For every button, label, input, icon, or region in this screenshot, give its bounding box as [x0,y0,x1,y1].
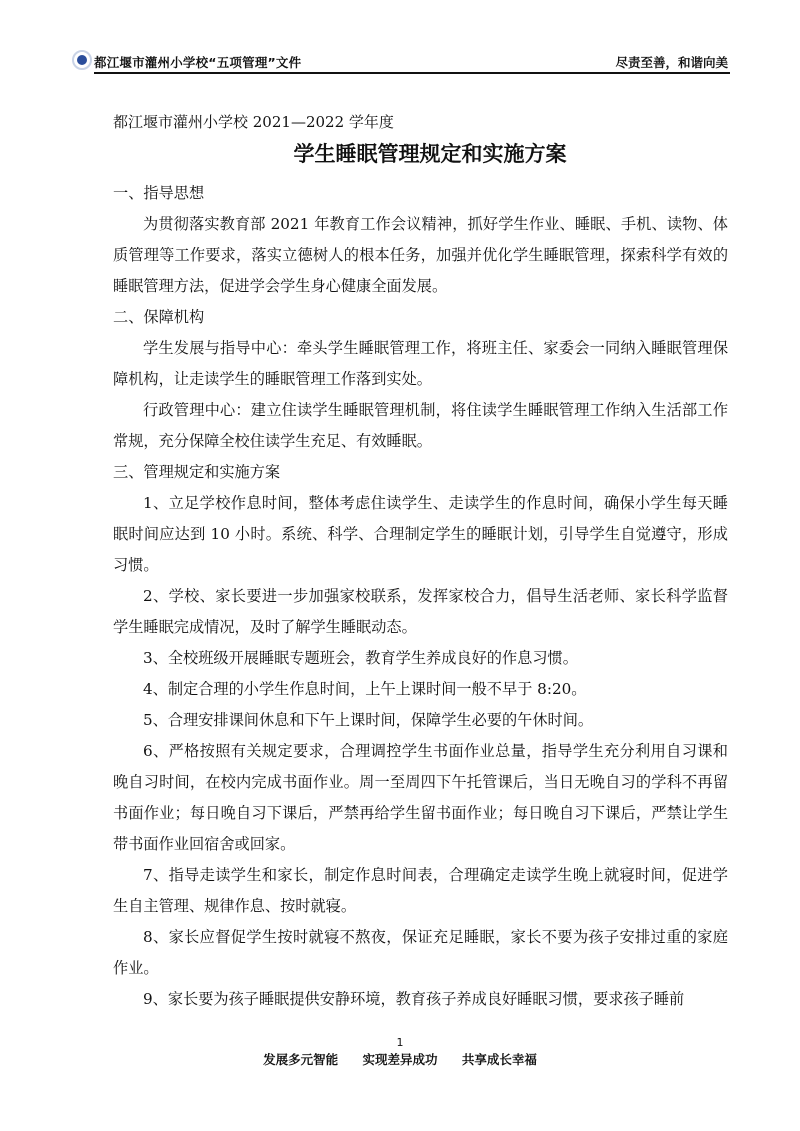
paragraph: 行政管理中心：建立住读学生睡眠管理机制，将住读学生睡眠管理工作纳入生活部工作常规… [113,395,728,457]
list-item: 6、严格按照有关规定要求，合理调控学生书面作业总量，指导学生充分利用自习课和晚自… [113,736,728,860]
list-item: 1、立足学校作息时间，整体考虑住读学生、走读学生的作息时间，确保小学生每天睡眠时… [113,488,728,581]
header-rule [94,72,730,74]
header-right-motto: 尽责至善，和谐向美 [615,53,728,71]
section-heading: 二、保障机构 [113,302,728,333]
list-item: 9、家长要为孩子睡眠提供安静环境，教育孩子养成良好睡眠习惯，要求孩子睡前 [113,984,728,1015]
list-item: 3、全校班级开展睡眠专题班会，教育学生养成良好的作息习惯。 [113,643,728,674]
page-footer: 发展多元智能 实现差异成功 共享成长幸福 [0,1050,800,1068]
header-left-title: 都江堰市灌州小学校“五项管理”文件 [94,53,301,71]
page-header: 都江堰市灌州小学校“五项管理”文件 尽责至善，和谐向美 [70,48,750,76]
document-title: 学生睡眠管理规定和实施方案 [0,138,800,168]
footer-slogan: 共享成长幸福 [462,1052,537,1067]
list-item: 2、学校、家长要进一步加强家校联系，发挥家校合力，倡导生活老师、家长科学监督学生… [113,581,728,643]
list-item: 4、制定合理的小学生作息时间，上午上课时间一般不早于 8:20。 [113,674,728,705]
list-item: 7、指导走读学生和家长，制定作息时间表，合理确定走读学生晚上就寝时间，促进学生自… [113,860,728,922]
paragraph: 为贯彻落实教育部 2021 年教育工作会议精神，抓好学生作业、睡眠、手机、读物、… [113,209,728,302]
footer-slogan: 实现差异成功 [362,1052,437,1067]
document-subtitle: 都江堰市灌州小学校 2021—2022 学年度 [113,111,394,132]
paragraph: 学生发展与指导中心：牵头学生睡眠管理工作，将班主任、家委会一同纳入睡眠管理保障机… [113,333,728,395]
section-heading: 一、指导思想 [113,178,728,209]
document-body: 一、指导思想 为贯彻落实教育部 2021 年教育工作会议精神，抓好学生作业、睡眠… [113,178,728,1015]
school-emblem-icon [72,50,92,70]
list-item: 8、家长应督促学生按时就寝不熬夜，保证充足睡眠，家长不要为孩子安排过重的家庭作业… [113,922,728,984]
section-heading: 三、管理规定和实施方案 [113,457,728,488]
page-number: 1 [0,1036,800,1049]
footer-slogan: 发展多元智能 [263,1052,338,1067]
list-item: 5、合理安排课间休息和下午上课时间，保障学生必要的午休时间。 [113,705,728,736]
